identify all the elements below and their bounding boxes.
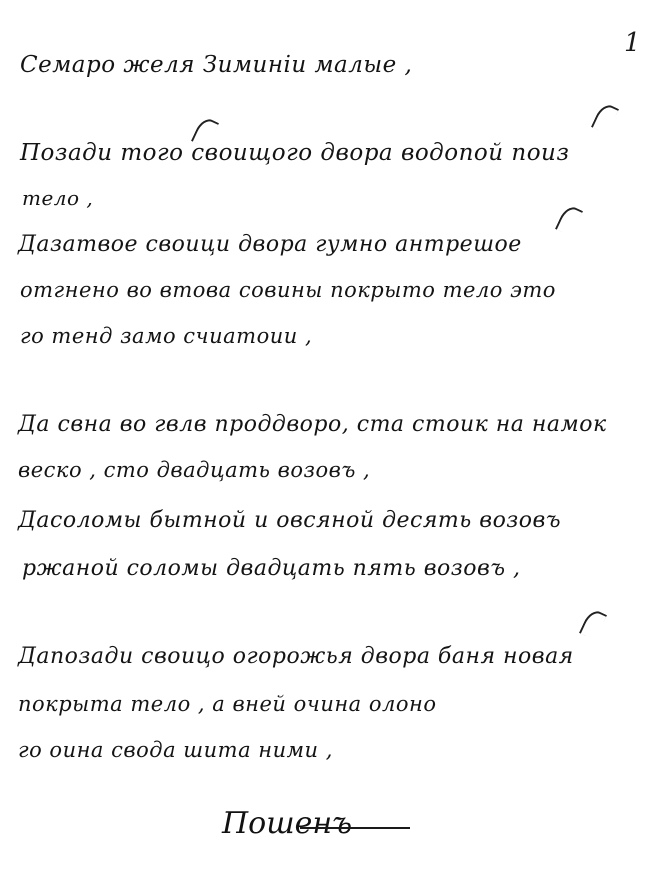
manuscript-line: ржаной соломы двадцать пять возовъ , — [22, 556, 521, 581]
signature: Пошенъ — [222, 806, 352, 841]
manuscript-line: го оина свода шита ними , — [18, 738, 333, 762]
manuscript-line: тело , — [22, 186, 93, 210]
manuscript-line: покрыта тело , а вней очина олоно — [18, 692, 437, 716]
heading-line: Семаро желя Зиминіи малые , — [20, 52, 412, 78]
manuscript-line: Дасоломы бытной и овсяной десять возовъ — [18, 508, 561, 533]
manuscript-line: Дапозади своицо огорожья двора баня нова… — [18, 644, 574, 669]
flourish-mark — [579, 608, 607, 641]
manuscript-line: Да свна во гвлв проддворо, ста стоик на … — [18, 412, 607, 437]
manuscript-line: веско , сто двадцать возовъ , — [18, 458, 370, 482]
flourish-mark — [555, 204, 583, 237]
manuscript-page: 1 Семаро желя Зиминіи малые , Позади тог… — [0, 0, 652, 873]
flourish-mark — [591, 102, 619, 135]
signature-underline — [300, 827, 410, 829]
manuscript-line: Позади того своищого двора водопой поиз — [20, 140, 569, 166]
folio-number: 1 — [624, 28, 641, 58]
manuscript-line: отгнено во втова совины покрыто тело это — [20, 278, 556, 302]
manuscript-line: го тенд замо счиатоии , — [20, 324, 312, 348]
manuscript-line: Дазатвое своици двора гумно антрешое — [18, 232, 522, 257]
